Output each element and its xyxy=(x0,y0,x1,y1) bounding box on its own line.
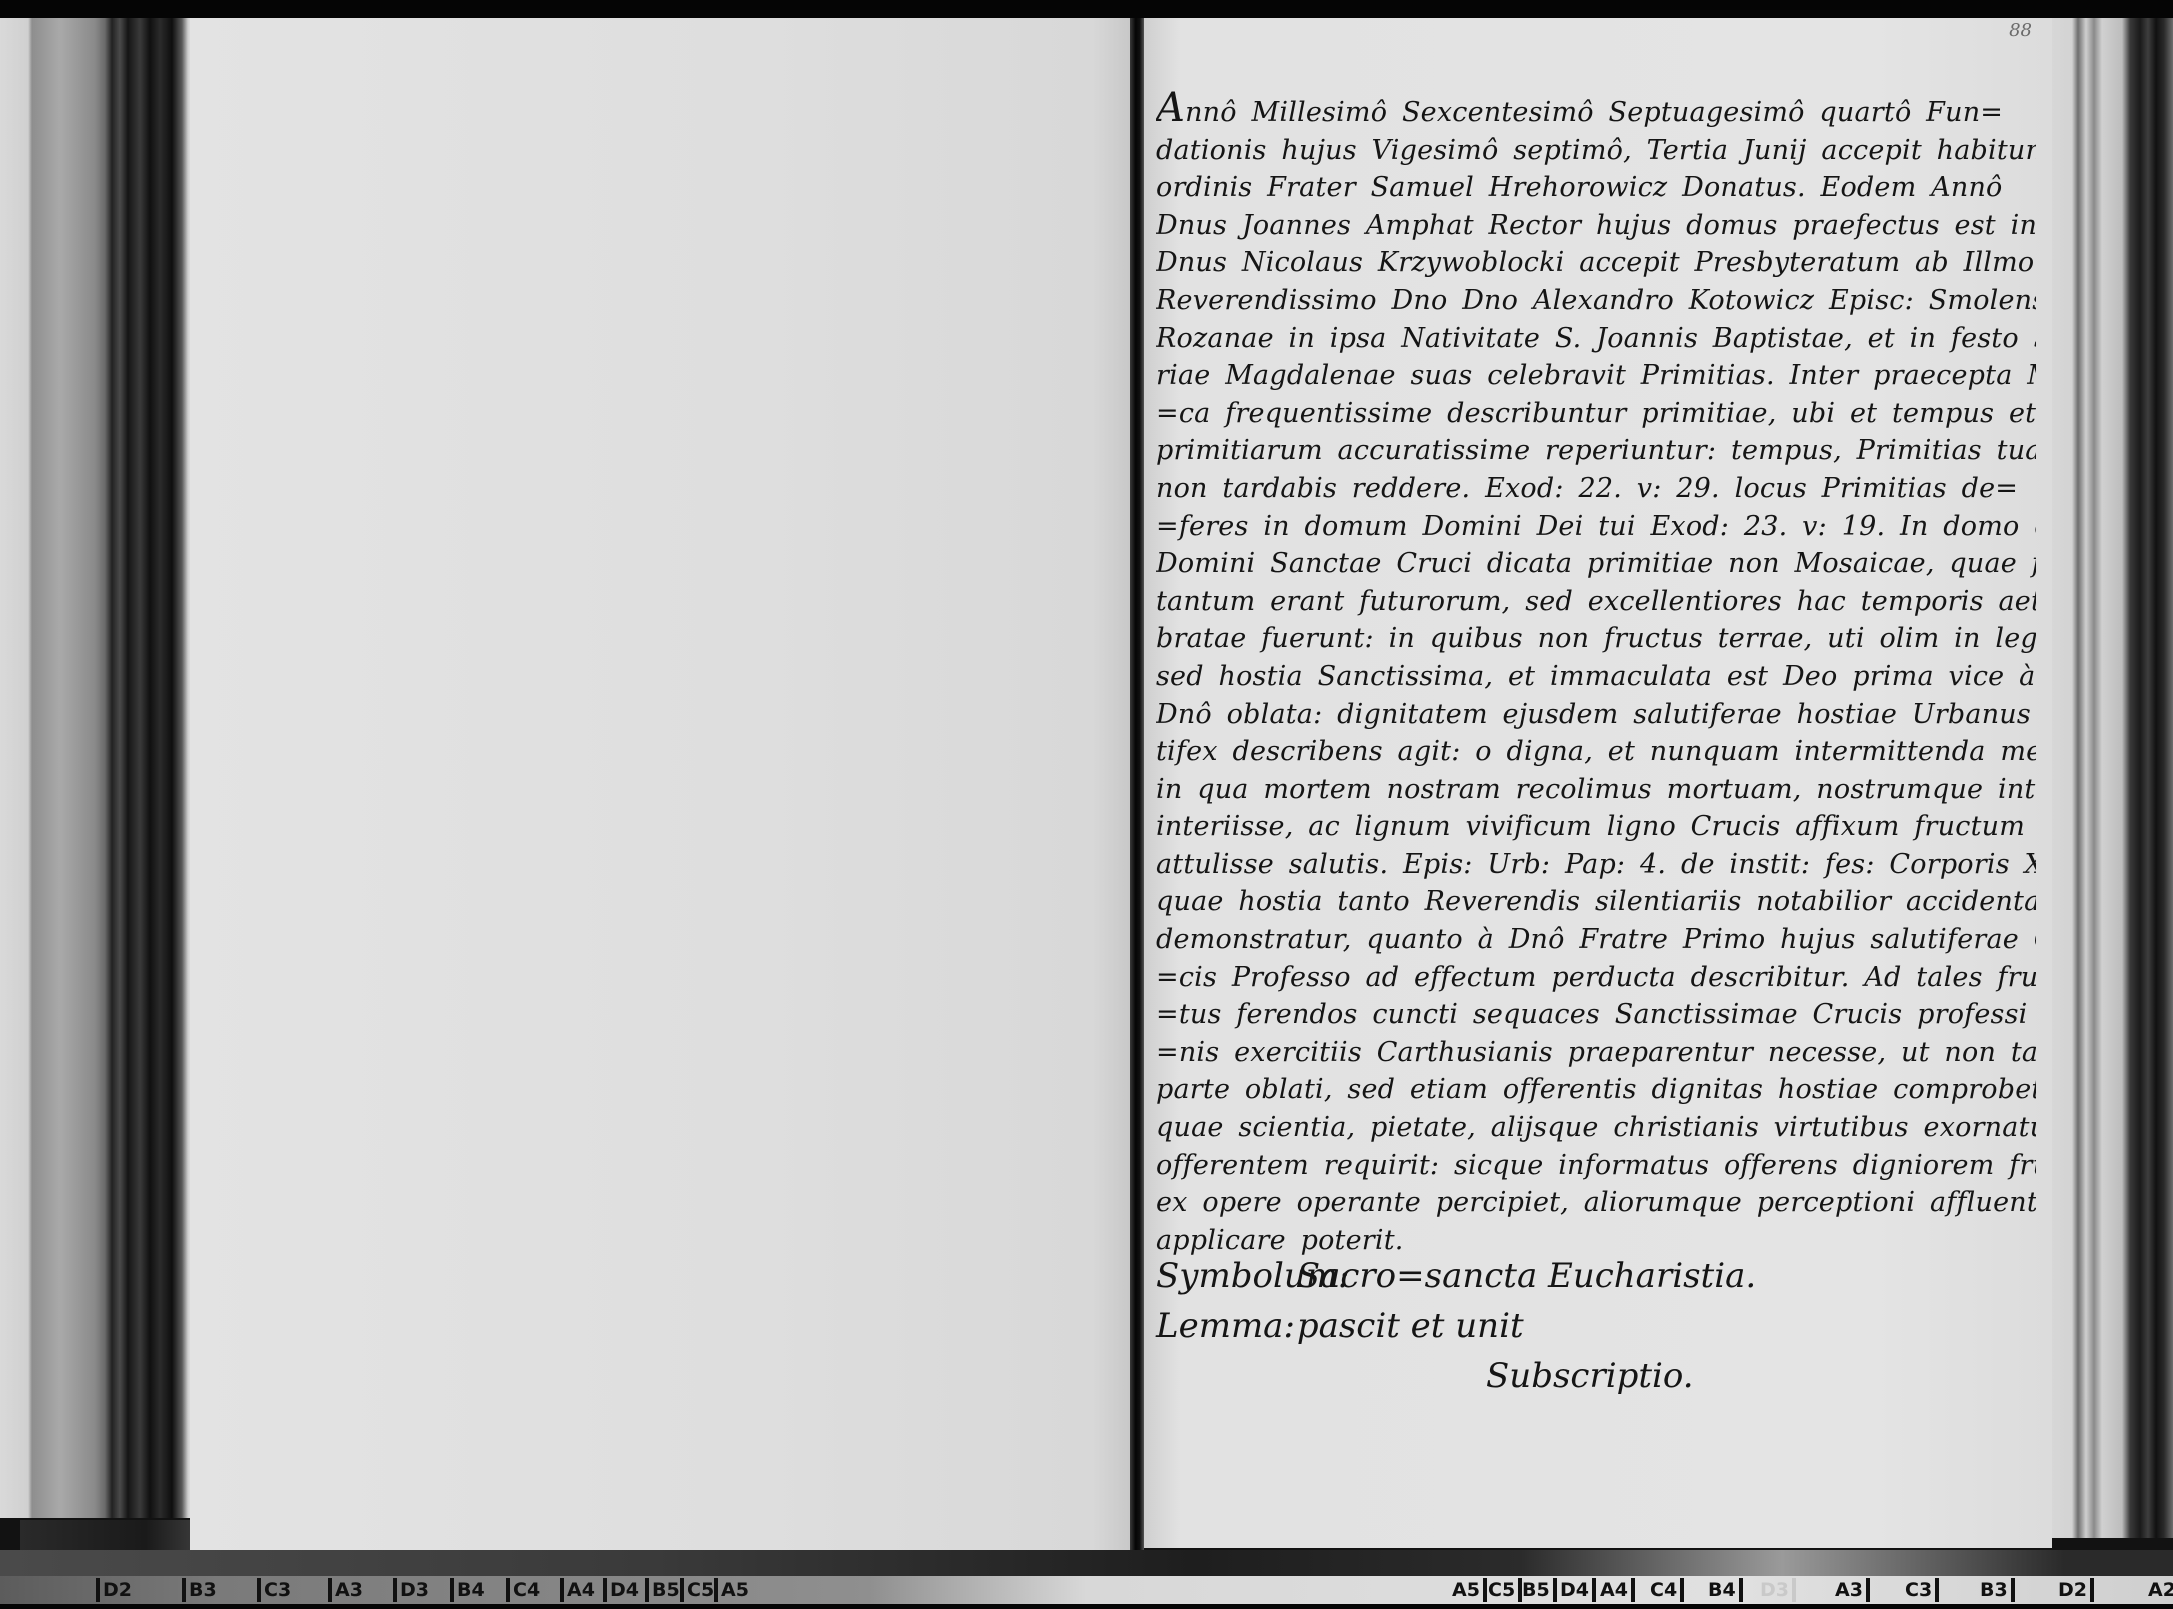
target-label: D2 xyxy=(96,1578,132,1602)
target-label: D3 xyxy=(393,1578,429,1602)
manuscript-line: Dnus Nicolaus Krzywoblocki accepit Presb… xyxy=(1156,244,2036,282)
subscriptio: Subscriptio. xyxy=(1156,1356,2036,1406)
manuscript-line: Annô Millesimô Sexcentesimô Septuagesimô… xyxy=(1156,90,2036,132)
manuscript-line: ex opere operante percipiet, aliorumque … xyxy=(1156,1184,2036,1222)
left-page-edges xyxy=(0,18,190,1518)
target-label: C4 xyxy=(506,1578,540,1602)
lemma-label: Lemma: xyxy=(1156,1306,1286,1346)
manuscript-line: Domini Sanctae Cruci dicata primitiae no… xyxy=(1156,545,2036,583)
target-label: C3 xyxy=(257,1578,291,1602)
manuscript-line: quae hostia tanto Reverendis silentiarii… xyxy=(1156,883,2036,921)
book-gutter xyxy=(1130,18,1144,1558)
lemma-row: Lemma: pascit et unit xyxy=(1156,1306,2036,1356)
lemma-value: pascit et unit xyxy=(1297,1306,1524,1346)
target-label: C3 xyxy=(1905,1578,1939,1602)
target-label: B4 xyxy=(1708,1578,1743,1602)
target-label: D2 xyxy=(2058,1578,2094,1602)
scan-top-border xyxy=(0,0,2173,18)
manuscript-line: parte oblati, sed etiam offerentis digni… xyxy=(1156,1071,2036,1109)
closing-section: Symbolum: Sacro=sancta Eucharistia. Lemm… xyxy=(1156,1256,2036,1406)
target-label: C5 xyxy=(680,1578,714,1602)
manuscript-line: bratae fuerunt: in quibus non fructus te… xyxy=(1156,620,2036,658)
left-blank-page xyxy=(190,18,1130,1558)
target-label: B3 xyxy=(1980,1578,2015,1602)
manuscript-text: Annô Millesimô Sexcentesimô Septuagesimô… xyxy=(1156,90,2036,1259)
manuscript-line: interiisse, ac lignum vivificum ligno Cr… xyxy=(1156,808,2036,846)
target-label: A3 xyxy=(1835,1578,1870,1602)
target-label: A5 xyxy=(714,1578,749,1602)
manuscript-line: primitiarum accuratissime reperiuntur: t… xyxy=(1156,432,2036,470)
manuscript-line: =nis exercitiis Carthusianis praeparentu… xyxy=(1156,1034,2036,1072)
page-number: 88 xyxy=(2009,20,2032,41)
manuscript-line: =cis Professo ad effectum perducta descr… xyxy=(1156,959,2036,997)
manuscript-line: Rozanae in ipsa Nativitate S. Joannis Ba… xyxy=(1156,320,2036,358)
target-label: D4 xyxy=(603,1578,639,1602)
manuscript-line: =tus ferendos cuncti sequaces Sanctissim… xyxy=(1156,996,2036,1034)
target-label: C5 xyxy=(1488,1578,1522,1602)
manuscript-line: Reverendissimo Dno Dno Alexandro Kotowic… xyxy=(1156,282,2036,320)
manuscript-line: tantum erant futurorum, sed excellentior… xyxy=(1156,583,2036,621)
target-label: A3 xyxy=(328,1578,363,1602)
scan-bottom-border xyxy=(0,1604,2173,1609)
scanned-book-spread: 88 Annô Millesimô Sexcentesimô Septuages… xyxy=(0,0,2173,1609)
right-manuscript-page: 88 Annô Millesimô Sexcentesimô Septuages… xyxy=(1144,18,2052,1548)
manuscript-line: Dnô oblata: dignitatem ejusdem salutifer… xyxy=(1156,696,2036,734)
manuscript-line: =ca frequentissime describuntur primitia… xyxy=(1156,395,2036,433)
manuscript-line: riae Magdalenae suas celebravit Primitia… xyxy=(1156,357,2036,395)
manuscript-line: dationis hujus Vigesimô septimô, Tertia … xyxy=(1156,132,2036,170)
target-label: D3 xyxy=(1760,1578,1796,1602)
manuscript-line: offerentem requirit: sicque informatus o… xyxy=(1156,1147,2036,1185)
manuscript-line: tifex describens agit: o digna, et nunqu… xyxy=(1156,733,2036,771)
target-label: C4 xyxy=(1650,1578,1684,1602)
target-label: B5 xyxy=(1522,1578,1557,1602)
manuscript-line: demonstratur, quanto à Dnô Fratre Primo … xyxy=(1156,921,2036,959)
symbolum-row: Symbolum: Sacro=sancta Eucharistia. xyxy=(1156,1256,2036,1306)
right-page-edges xyxy=(2052,18,2173,1538)
symbolum-label: Symbolum: xyxy=(1156,1256,1286,1296)
manuscript-line: ordinis Frater Samuel Hrehorowicz Donatu… xyxy=(1156,169,2036,207)
target-label: A4 xyxy=(560,1578,595,1602)
target-label: D4 xyxy=(1560,1578,1596,1602)
target-label: B5 xyxy=(645,1578,680,1602)
manuscript-line: sed hostia Sanctissima, et immaculata es… xyxy=(1156,658,2036,696)
target-label: B4 xyxy=(450,1578,485,1602)
symbolum-value: Sacro=sancta Eucharistia. xyxy=(1297,1256,1756,1296)
manuscript-line: attulisse salutis. Epis: Urb: Pap: 4. de… xyxy=(1156,846,2036,884)
manuscript-line: in qua mortem nostram recolimus mortuam,… xyxy=(1156,771,2036,809)
target-label: A4 xyxy=(1600,1578,1635,1602)
manuscript-line: quae scientia, pietate, alijsque christi… xyxy=(1156,1109,2036,1147)
target-label: B3 xyxy=(182,1578,217,1602)
manuscript-line: applicare poterit. xyxy=(1156,1222,2036,1260)
manuscript-line: =feres in domum Domini Dei tui Exod: 23.… xyxy=(1156,508,2036,546)
manuscript-line: Dnus Joannes Amphat Rector hujus domus p… xyxy=(1156,207,2036,245)
manuscript-line: non tardabis reddere. Exod: 22. v: 29. l… xyxy=(1156,470,2036,508)
target-label: A2 xyxy=(2148,1578,2173,1602)
book-base-shadow xyxy=(0,1550,2173,1576)
target-label: A5 xyxy=(1452,1578,1487,1602)
